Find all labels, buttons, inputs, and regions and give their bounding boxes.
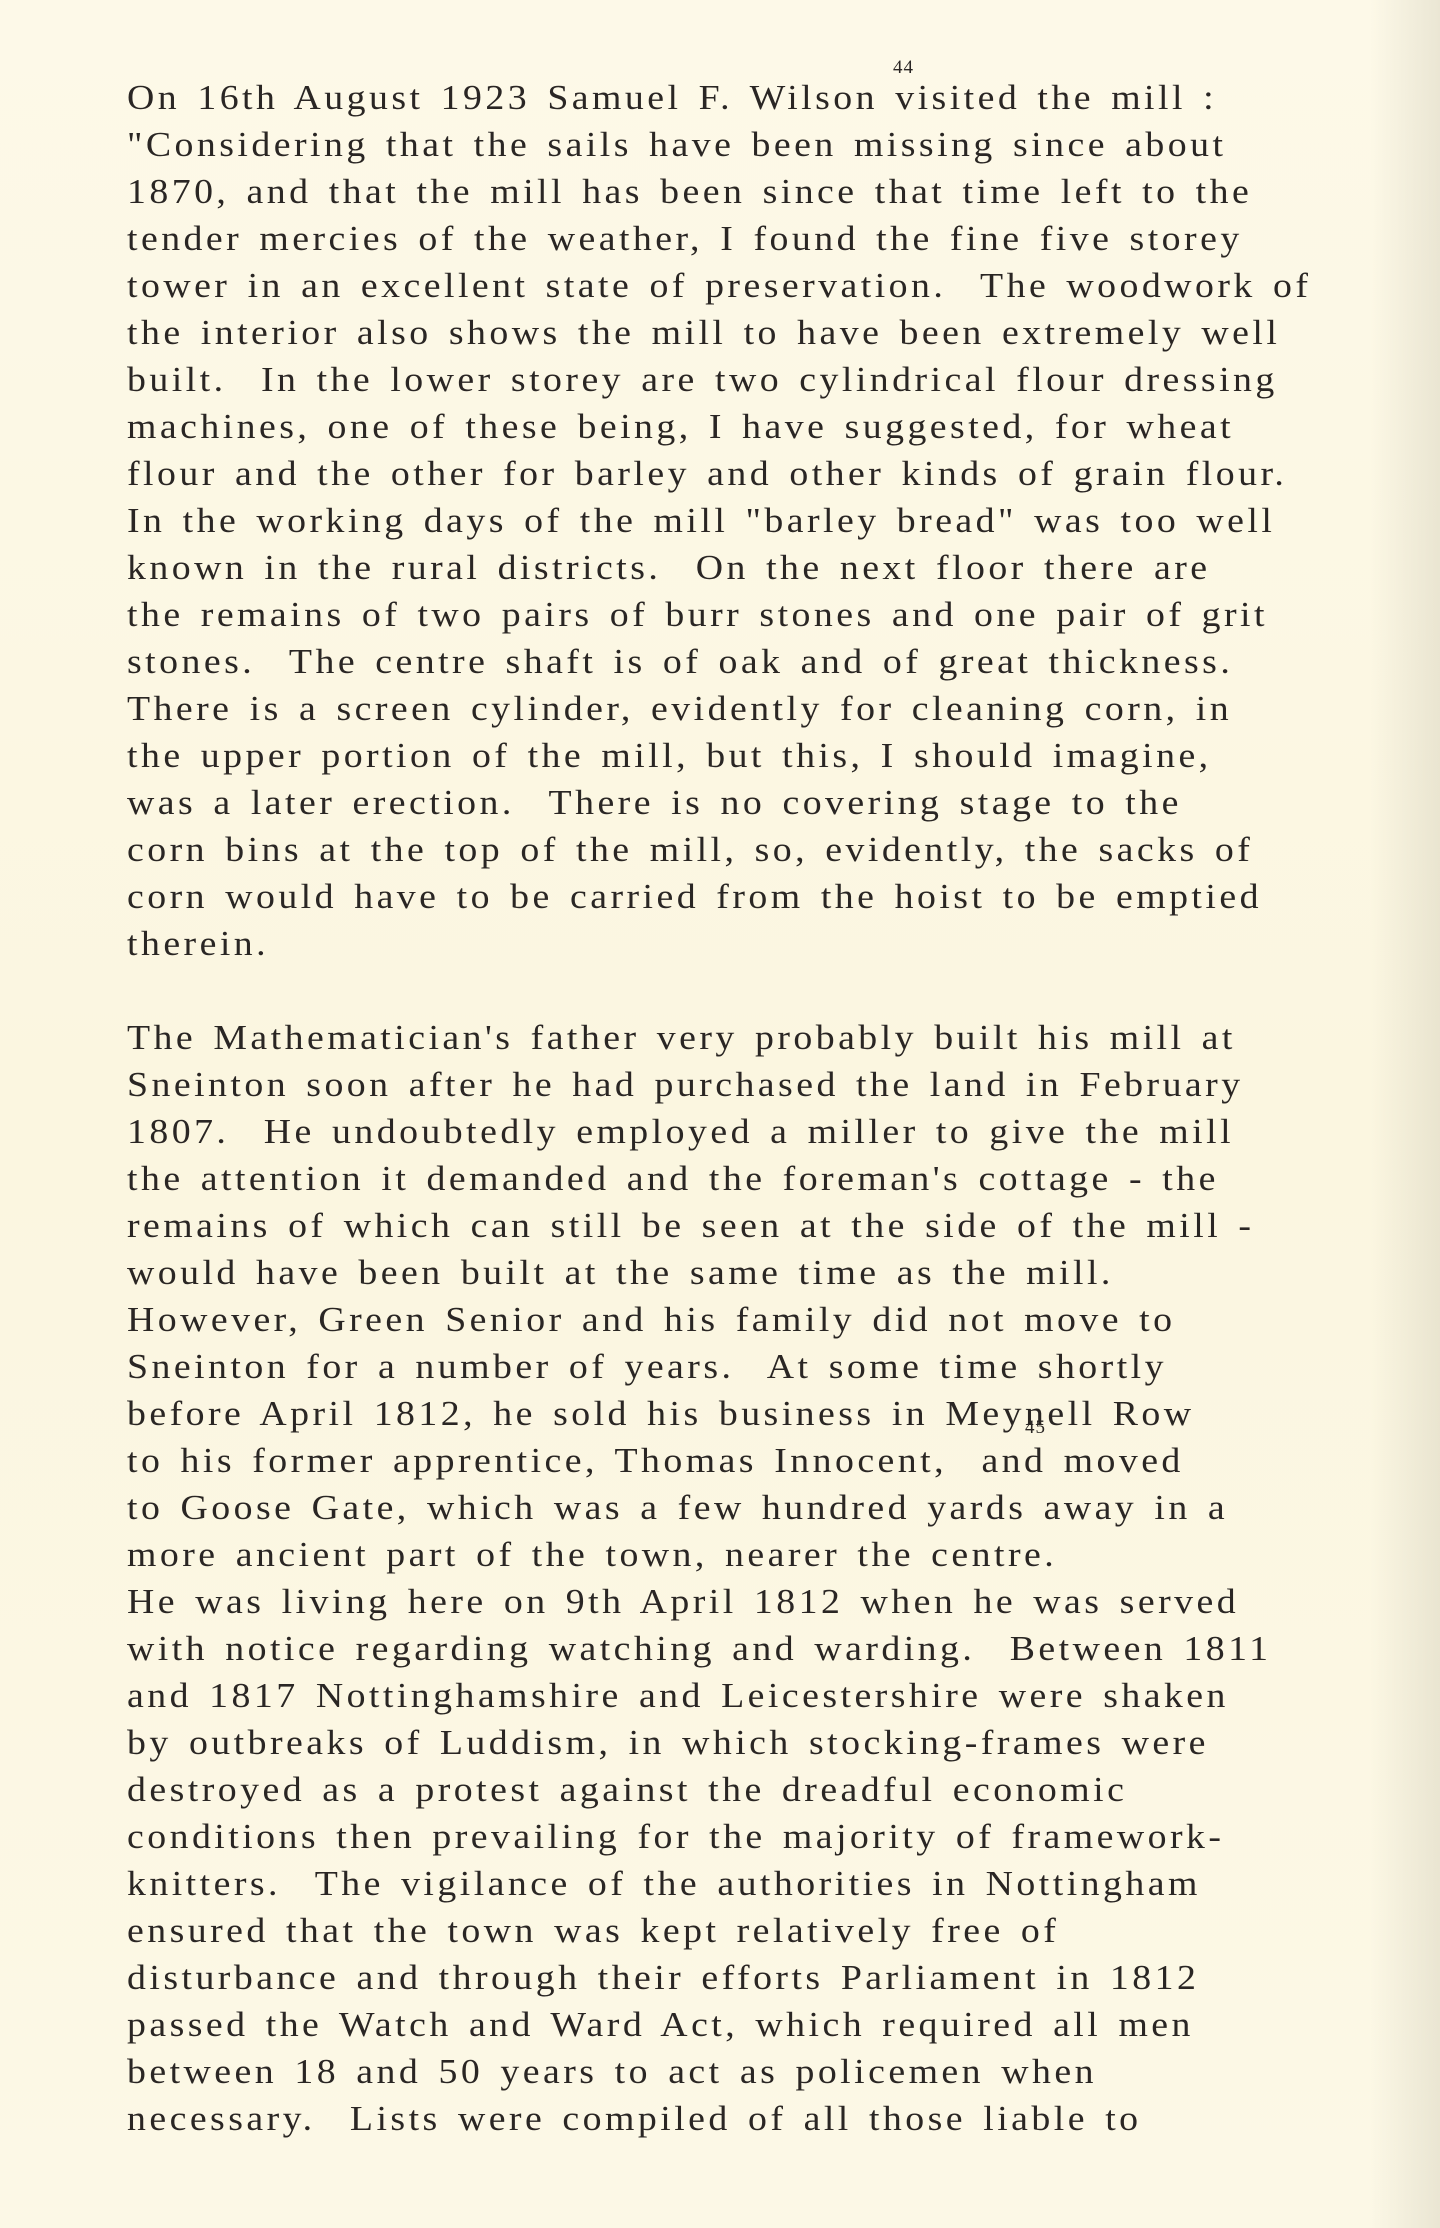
text-line: However, Green Senior and his family did…: [127, 1296, 1175, 1343]
text-line: The Mathematician's father very probably…: [127, 1014, 1236, 1061]
text-line: 1807. He undoubtedly employed a miller t…: [127, 1108, 1234, 1155]
footnote-ref-44: 44: [893, 58, 914, 78]
text-line: the attention it demanded and the forema…: [127, 1155, 1219, 1202]
text-line: with notice regarding watching and wardi…: [127, 1625, 1271, 1672]
text-line: corn bins at the top of the mill, so, ev…: [127, 826, 1253, 873]
text-line: and 1817 Nottinghamshire and Leicestersh…: [127, 1672, 1229, 1719]
text-line: On 16th August 1923 Samuel F. Wilson vis…: [127, 74, 1217, 121]
text-line: the interior also shows the mill to have…: [127, 309, 1280, 356]
text-line: flour and the other for barley and other…: [127, 450, 1287, 497]
text-line: "Considering that the sails have been mi…: [127, 121, 1226, 168]
text-line: There is a screen cylinder, evidently fo…: [127, 685, 1232, 732]
text-line: to Goose Gate, which was a few hundred y…: [127, 1484, 1228, 1531]
text-line: to his former apprentice, Thomas Innocen…: [127, 1437, 1184, 1484]
text-line: machines, one of these being, I have sug…: [127, 403, 1234, 450]
text-line: more ancient part of the town, nearer th…: [127, 1531, 1057, 1578]
text-line: destroyed as a protest against the dread…: [127, 1766, 1127, 1813]
text-line: Sneinton soon after he had purchased the…: [127, 1061, 1244, 1108]
text-line: the remains of two pairs of burr stones …: [127, 591, 1268, 638]
text-line: He was living here on 9th April 1812 whe…: [127, 1578, 1239, 1625]
text-line: by outbreaks of Luddism, in which stocki…: [127, 1719, 1209, 1766]
text-line: remains of which can still be seen at th…: [127, 1202, 1254, 1249]
text-line: In the working days of the mill "barley …: [127, 497, 1275, 544]
document-page: On 16th August 1923 Samuel F. Wilson vis…: [0, 0, 1440, 2228]
text-line: Sneinton for a number of years. At some …: [127, 1343, 1167, 1390]
text-line: between 18 and 50 years to act as police…: [127, 2048, 1097, 2095]
text-line: necessary. Lists were compiled of all th…: [127, 2095, 1142, 2142]
text-line: 1870, and that the mill has been since t…: [127, 168, 1252, 215]
text-line: was a later erection. There is no coveri…: [127, 779, 1182, 826]
footnote-ref-45: 45: [1025, 1418, 1046, 1438]
text-line: stones. The centre shaft is of oak and o…: [127, 638, 1233, 685]
text-line: therein.: [127, 920, 269, 967]
text-line: ensured that the town was kept relativel…: [127, 1907, 1059, 1954]
text-line: known in the rural districts. On the nex…: [127, 544, 1211, 591]
text-line: tender mercies of the weather, I found t…: [127, 215, 1243, 262]
text-line: knitters. The vigilance of the authoriti…: [127, 1860, 1201, 1907]
text-line: passed the Watch and Ward Act, which req…: [127, 2001, 1194, 2048]
text-line: conditions then prevailing for the major…: [127, 1813, 1224, 1860]
text-line: the upper portion of the mill, but this,…: [127, 732, 1212, 779]
text-line: built. In the lower storey are two cylin…: [127, 356, 1278, 403]
text-line: disturbance and through their efforts Pa…: [127, 1954, 1199, 2001]
text-line: corn would have to be carried from the h…: [127, 873, 1262, 920]
text-line: tower in an excellent state of preservat…: [127, 262, 1311, 309]
text-line: would have been built at the same time a…: [127, 1249, 1114, 1296]
